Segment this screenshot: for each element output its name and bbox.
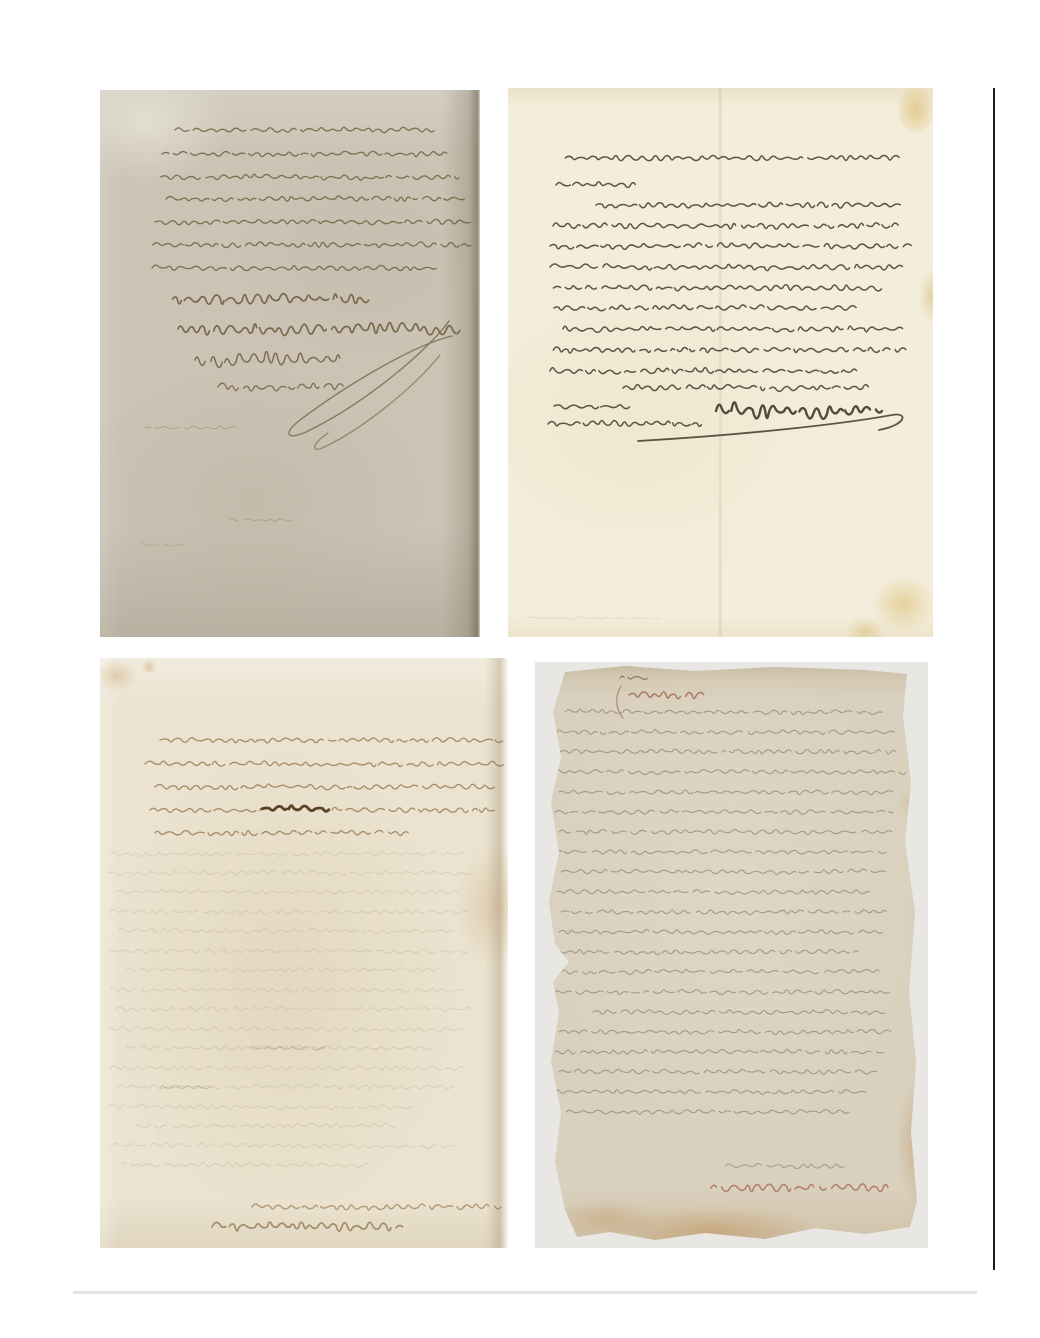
manuscript-top-left [100, 90, 480, 637]
handwriting-ink-layer-1 [100, 90, 480, 637]
vertical-rule [993, 88, 995, 1270]
manuscript-bottom-left [100, 658, 508, 1248]
catalog-plate [0, 0, 1040, 1338]
handwriting-ink-layer-2 [508, 88, 933, 637]
manuscript-top-right [508, 88, 933, 637]
tattered-paper [535, 662, 928, 1248]
manuscript-bottom-right-mount [535, 662, 928, 1248]
handwriting-ink-layer-3 [100, 658, 508, 1248]
bottom-rule [73, 1291, 977, 1294]
handwriting-ink-layer-4 [535, 662, 928, 1248]
